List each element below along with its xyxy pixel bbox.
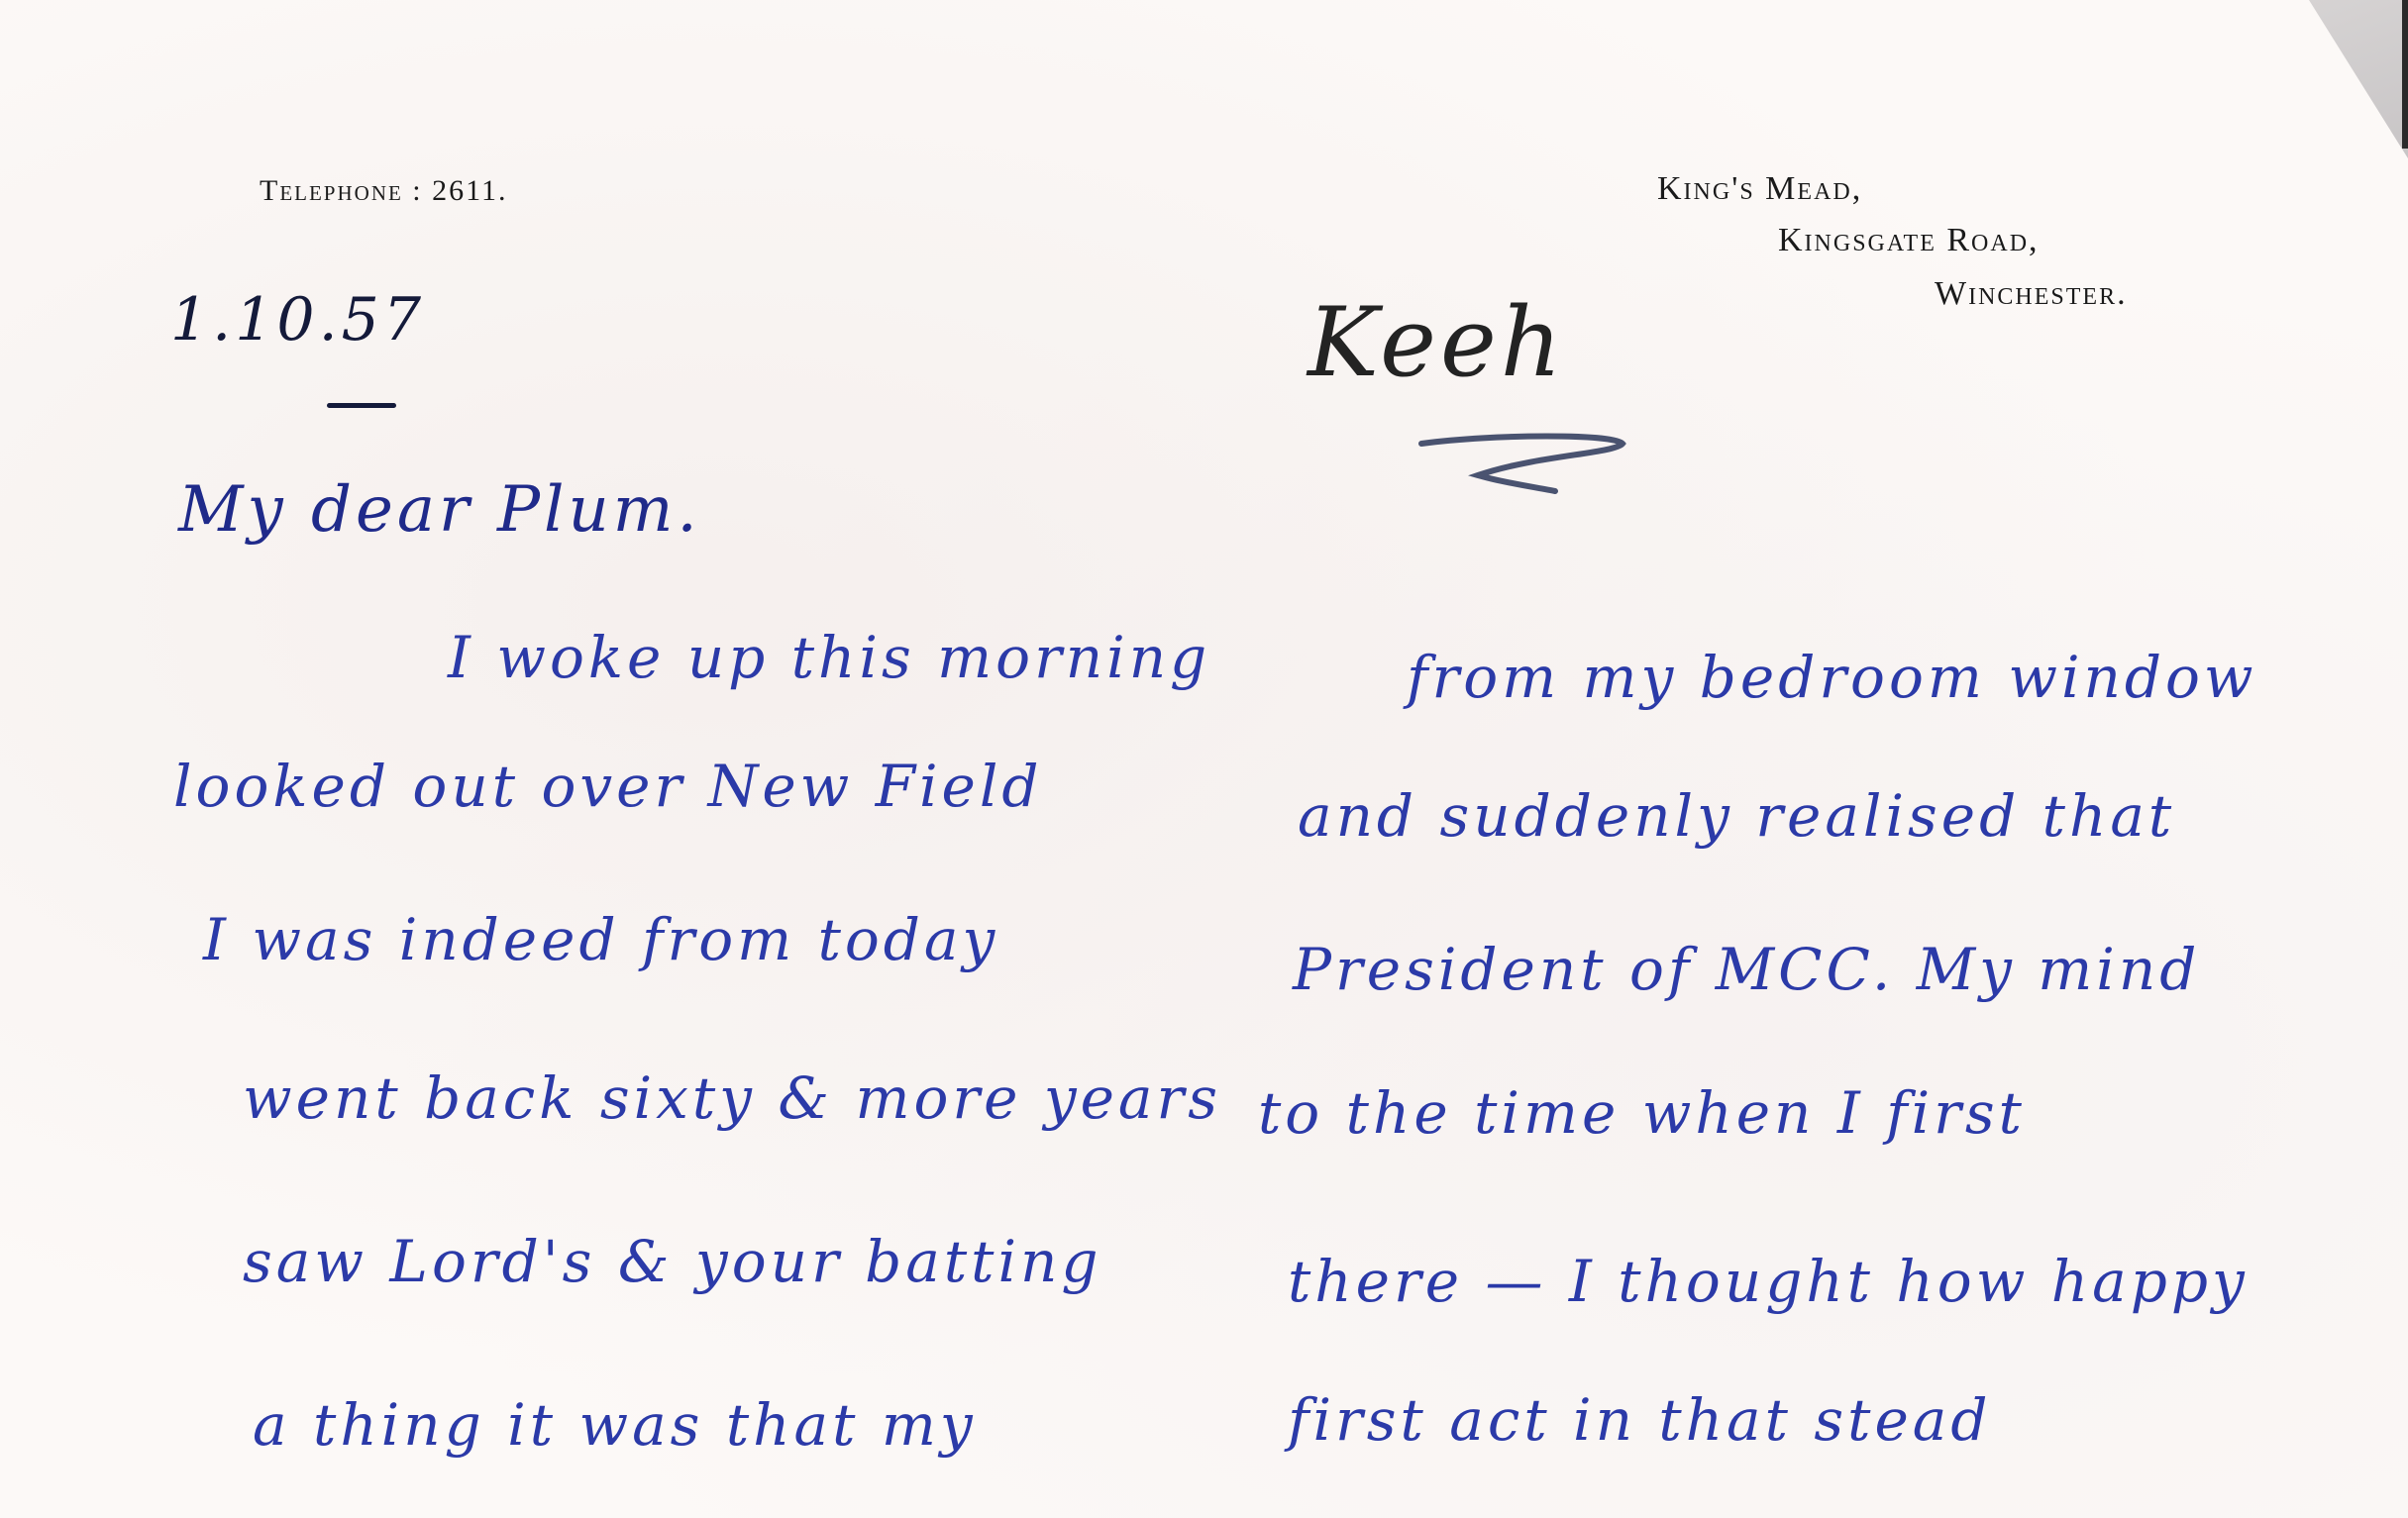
date-underline (327, 403, 396, 408)
letter-line-6-right: first act in that stead (1288, 1386, 1992, 1454)
letter-line-3-right: President of MCC. My mind (1293, 936, 2200, 1003)
reference-mark: Keeh (1308, 287, 1566, 398)
letter-line-2-right: and suddenly realised that (1298, 782, 2175, 850)
letter-line-3-left: I was indeed from today (203, 906, 998, 973)
salutation: My dear Plum. (178, 473, 701, 547)
letterhead-telephone: Telephone : 2611. (260, 174, 508, 208)
letterhead-address-line-3: Winchester. (1935, 275, 2128, 313)
letter-line-5-left: saw Lord's & your batting (243, 1228, 1101, 1295)
letter-line-2-left: looked out over New Field (173, 753, 1043, 820)
letterhead-address-line-2: Kingsgate Road, (1778, 222, 2040, 259)
letter-line-6-left: a thing it was that my (253, 1391, 977, 1459)
letter-date: 1.10.57 (170, 285, 425, 354)
letter-line-1-left: I woke up this morning (448, 624, 1210, 691)
letterhead-address-line-1: King's Mead, (1657, 170, 1862, 208)
letter-line-4-left: went back sixty & more years (243, 1064, 1221, 1132)
letter-line-1-right: from my bedroom window (1407, 644, 2257, 711)
letter-line-5-right: there — I thought how happy (1288, 1248, 2249, 1315)
letter-line-4-right: to the time when I first (1258, 1079, 2026, 1147)
page-edge-shadow (2402, 0, 2408, 149)
